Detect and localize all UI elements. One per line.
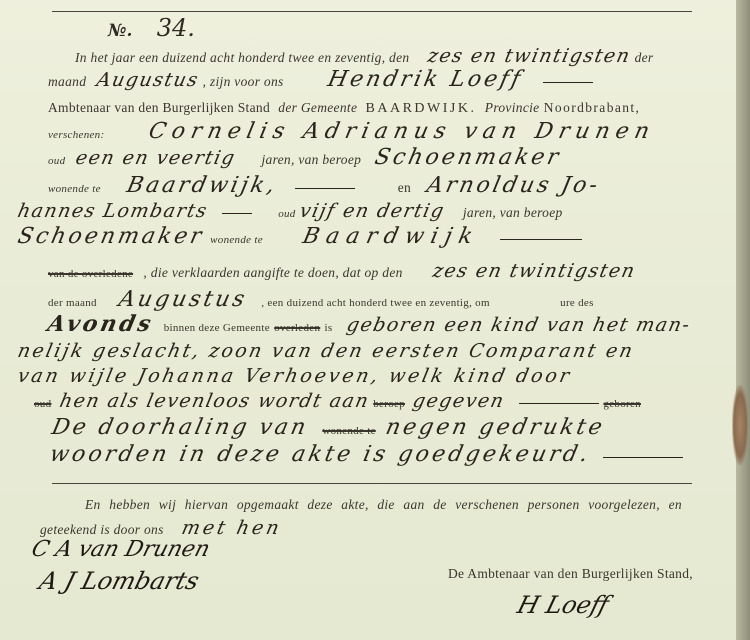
handwritten-text: hen als levenloos wordt aan xyxy=(58,393,371,409)
printed-text: binnen deze Gemeente xyxy=(164,322,270,334)
printed-text: oud xyxy=(48,155,65,167)
struck-text: overleden xyxy=(274,322,320,334)
handwritten-date: zes en twintigsten xyxy=(426,48,632,64)
fill-dash xyxy=(500,239,582,241)
printed-text: In het jaar een duizend acht honderd twe… xyxy=(75,50,409,65)
printed-text: maand xyxy=(48,74,86,89)
printed-text: der maand xyxy=(48,297,97,309)
handwritten-residence: Baardwijk, xyxy=(125,178,278,194)
handwritten-text: De doorhaling van xyxy=(50,420,309,436)
line-10: der maand Augustus , een duizend acht ho… xyxy=(48,292,594,311)
printed-text: Ambtenaar van den Burgerlijken Stand xyxy=(48,100,270,115)
number-label: №. xyxy=(108,21,132,41)
struck-text: van de overledene xyxy=(48,268,133,280)
printed-text: jaren, van beroep xyxy=(261,152,361,167)
handwritten-declarant-2: Arnoldus Jo- xyxy=(426,178,602,194)
closing-line-1: En hebben wij hiervan opgemaakt deze akt… xyxy=(85,497,682,513)
printed-text: geteekend is door ons xyxy=(40,522,164,537)
province-name: Noordbrabant, xyxy=(544,100,641,115)
printed-text: jaren, van beroep xyxy=(463,205,563,220)
line-16: woorden in deze akte is goedgekeurd. xyxy=(50,447,683,465)
signature: C A van Drunen xyxy=(30,542,211,558)
printed-text: De Ambtenaar van den Burgerlijken Stand, xyxy=(448,566,693,581)
handwritten-age: een en veertig xyxy=(74,150,237,166)
line-1: In het jaar een duizend acht honderd twe… xyxy=(75,48,653,66)
line-5: oud een en veertig jaren, van beroep Sch… xyxy=(48,150,561,169)
official-signature: H Loeff xyxy=(518,597,608,617)
official-title: De Ambtenaar van den Burgerlijken Stand, xyxy=(448,566,693,582)
handwritten-text: geboren een kind van het man- xyxy=(345,317,692,333)
signature: A J Lombarts xyxy=(38,573,201,589)
fill-dash xyxy=(543,82,593,84)
witness-signature-2: A J Lombarts xyxy=(40,573,198,593)
printed-text: , die verklaarden aangifte te doen, dat … xyxy=(143,265,402,280)
struck-text: wonende te xyxy=(322,425,375,437)
line-8: Schoenmaker wonende te Baardwijk xyxy=(18,229,582,248)
fill-dash xyxy=(603,457,683,459)
fill-dash xyxy=(222,213,252,215)
divider-rule xyxy=(52,483,692,484)
printed-text: , zijn voor ons xyxy=(203,74,284,89)
printed-text: oud xyxy=(278,208,295,220)
handwritten-text: woorden in deze akte is goedgekeurd. xyxy=(48,447,592,463)
fill-dash xyxy=(295,188,355,190)
handwritten-occupation: Schoenmaker xyxy=(16,229,205,245)
witness-signature-1: C A van Drunen xyxy=(32,542,209,560)
line-4: verschenen: Cornelis Adrianus van Drunen xyxy=(48,124,655,143)
handwritten-official-name: Hendrik Loeff xyxy=(326,72,524,88)
page-edge xyxy=(736,0,750,640)
struck-text: beroep xyxy=(373,398,405,410)
handwritten-time-of-day: Avonds xyxy=(46,316,155,332)
printed-text: , een duizend acht honderd twee en zeven… xyxy=(261,297,490,309)
register-page: №. 34. In het jaar een duizend acht hond… xyxy=(0,0,738,640)
handwritten-text: met hen xyxy=(180,520,283,536)
handwritten-text: gegeven xyxy=(412,393,507,409)
line-3: Ambtenaar van den Burgerlijken Stand der… xyxy=(48,100,640,117)
handwritten-month: Augustus xyxy=(95,72,200,88)
struck-text: geboren xyxy=(603,398,641,410)
binding-thread xyxy=(732,385,748,465)
line-9: van de overledene , die verklaarden aang… xyxy=(48,263,636,282)
line-2: maand Augustus , zijn voor ons Hendrik L… xyxy=(48,72,593,90)
handwritten-declarant-2-cont: hannes Lombarts xyxy=(16,203,209,219)
handwritten-date: zes en twintigsten xyxy=(431,263,637,279)
printed-text: Provincie xyxy=(485,100,540,115)
handwritten-residence: Baardwijk xyxy=(302,229,481,245)
top-rule xyxy=(52,11,692,12)
line-7: hannes Lombarts oud vijf en dertig jaren… xyxy=(18,203,563,222)
line-11: Avonds binnen deze Gemeente overleden is… xyxy=(48,316,690,336)
handwritten-text: van wijle Johanna Verhoeven, welk kind d… xyxy=(16,368,573,384)
record-number: №. 34. xyxy=(108,20,195,40)
closing-line-2: geteekend is door ons met hen xyxy=(40,520,282,538)
printed-text: is xyxy=(325,322,333,334)
printed-text: en xyxy=(398,180,411,195)
printed-text: verschenen: xyxy=(48,129,104,141)
handwritten-age: vijf en dertig xyxy=(298,203,446,219)
signature: H Loeff xyxy=(516,597,610,613)
handwritten-text: negen gedrukte xyxy=(384,420,606,436)
struck-text: oud xyxy=(34,398,51,410)
line-12: nelijk geslacht, zoon van den eersten Co… xyxy=(18,343,634,361)
line-13: van wijle Johanna Verhoeven, welk kind d… xyxy=(18,368,572,386)
line-6: wonende te Baardwijk, en Arnoldus Jo- xyxy=(48,178,600,197)
line-14: oud hen als levenloos wordt aan beroep g… xyxy=(34,393,641,412)
handwritten-declarant-1: Cornelis Adrianus van Drunen xyxy=(147,124,656,140)
handwritten-month: Augustus xyxy=(117,292,248,308)
printed-text: der Gemeente xyxy=(278,100,357,115)
printed-text: ure des xyxy=(560,297,594,309)
printed-text: der xyxy=(635,50,654,65)
printed-text: En hebben wij hiervan opgemaakt deze akt… xyxy=(85,497,682,512)
number-value: 34. xyxy=(157,14,195,42)
printed-text: wonende te xyxy=(48,183,101,195)
line-15: De doorhaling van wonende te negen gedru… xyxy=(52,420,605,439)
municipality-name: BAARDWIJK. xyxy=(366,101,477,116)
printed-text: wonende te xyxy=(210,234,263,246)
fill-dash xyxy=(519,403,599,405)
handwritten-text: nelijk geslacht, zoon van den eersten Co… xyxy=(16,343,636,359)
handwritten-occupation: Schoenmaker xyxy=(374,150,563,166)
